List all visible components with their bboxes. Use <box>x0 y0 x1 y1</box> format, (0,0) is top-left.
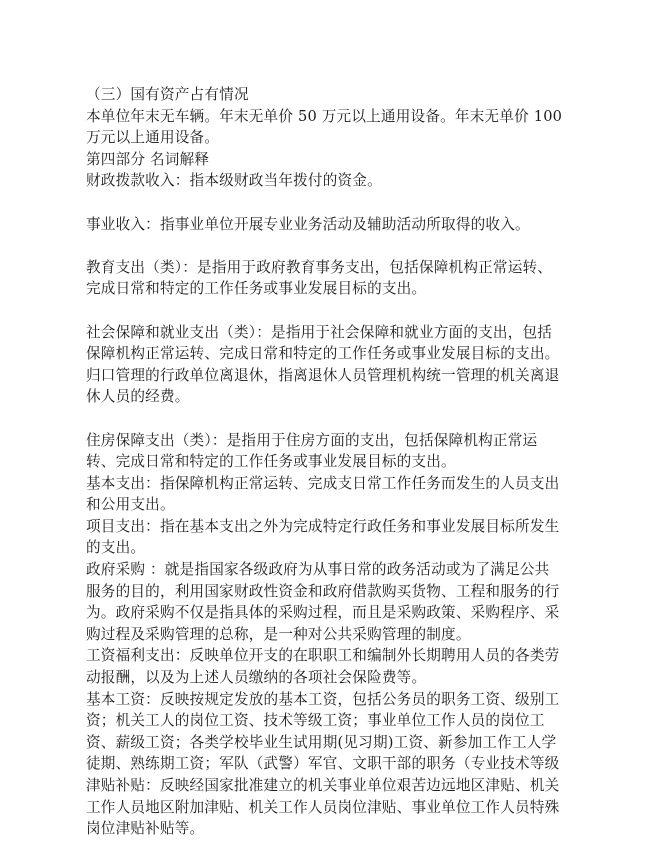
term-project-expense: 项目支出：指在基本支出之外为完成特定行政任务和事业发展目标所发生的支出。 <box>86 516 564 559</box>
section-heading-assets: （三）国有资产占有情况 <box>86 84 564 106</box>
assets-description: 本单位年末无车辆。年末无单价 50 万元以上通用设备。年末无单价 100 万元以… <box>86 106 564 149</box>
term-fiscal-income: 财政拨款收入：指本级财政当年拨付的资金。 <box>86 170 564 192</box>
paragraph-spacer <box>86 235 564 257</box>
part-four-heading: 第四部分 名词解释 <box>86 149 564 171</box>
term-wage-welfare-expense: 工资福利支出：反映单位开支的在职职工和编制外长期聘用人员的各类劳动报酬，以及为上… <box>86 645 564 688</box>
term-basic-wage: 基本工资：反映按规定发放的基本工资，包括公务员的职务工资、级别工资；机关工人的岗… <box>86 689 564 775</box>
term-allowance-subsidy: 津贴补贴：反映经国家批准建立的机关事业单位艰苦边远地区津贴、机关工作人员地区附加… <box>86 775 564 840</box>
paragraph-spacer <box>86 408 564 430</box>
document-page: （三）国有资产占有情况 本单位年末无车辆。年末无单价 50 万元以上通用设备。年… <box>86 84 564 840</box>
term-government-procurement: 政府采购 ：就是指国家各级政府为从事日常的政务活动或为了满足公共服务的目的，利用… <box>86 559 564 645</box>
term-education-expense: 教育支出（类）：是指用于政府教育事务支出，包括保障机构正常运转、完成日常和特定的… <box>86 257 564 300</box>
term-housing-expense: 住房保障支出（类）：是指用于住房方面的支出，包括保障机构正常运转、完成日常和特定… <box>86 430 564 473</box>
term-basic-expense: 基本支出：指保障机构正常运转、完成支日常工作任务而发生的人员支出和公用支出。 <box>86 473 564 516</box>
term-business-income: 事业收入：指事业单位开展专业业务活动及辅助活动所取得的收入。 <box>86 214 564 236</box>
paragraph-spacer <box>86 300 564 322</box>
term-social-security-expense: 社会保障和就业支出（类）：是指用于社会保障和就业方面的支出，包括保障机构正常运转… <box>86 322 564 408</box>
paragraph-spacer <box>86 192 564 214</box>
